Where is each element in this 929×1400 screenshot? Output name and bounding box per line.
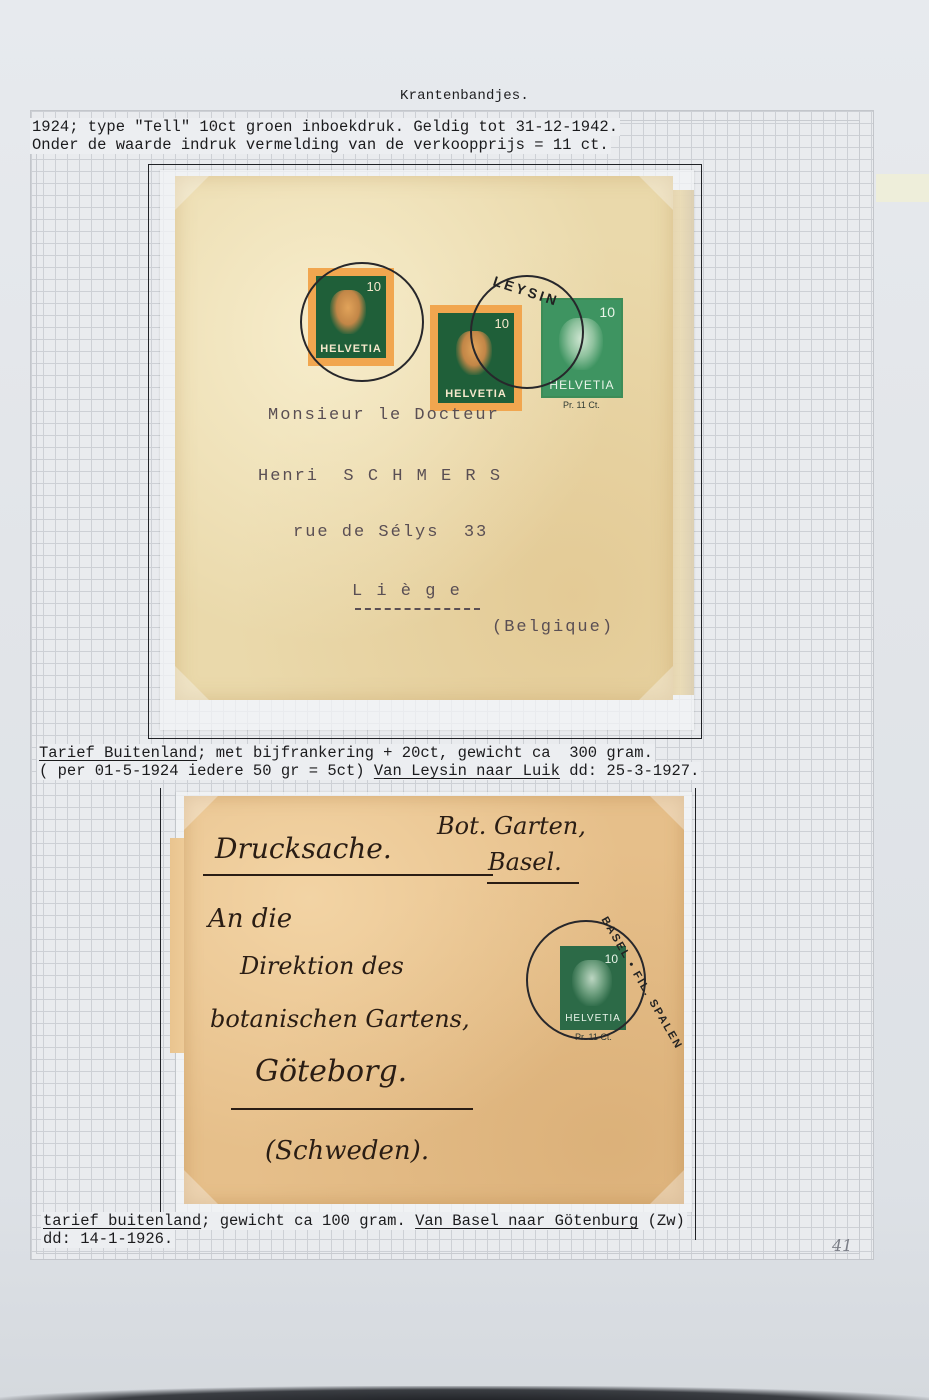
handwritten-rule [487,882,579,884]
address-line-2: Henri S C H M E R S [258,467,502,486]
sale-price-note: Pr. 11 Ct. [563,400,600,410]
handwritten-sender-1: Bot. Garten, [437,812,586,840]
intro-line-2: Onder de waarde indruk vermelding van de… [30,136,611,154]
caption-2-line-1: tarief buitenland; gewicht ca 100 gram. … [41,1212,687,1230]
caption-1-line-2: ( per 01-5-1924 iedere 50 gr = 5ct) Van … [37,762,701,780]
handwritten-address-2: Direktion des [240,952,404,980]
postmark-circle [300,262,424,382]
caption-1-line-1: Tarief Buitenland; met bijfrankering + 2… [37,744,655,762]
address-line-4: L i è g e [352,582,462,601]
handwritten-sender-2: Basel. [488,848,562,876]
handwritten-address-5: (Schweden). [265,1136,429,1166]
address-line-3: rue de Sélys 33 [293,523,488,542]
intro-line-1: 1924; type "Tell" 10ct groen inboekdruk.… [30,118,620,136]
hinge-tape [876,174,929,202]
handwritten-address-3: botanischen Gartens, [210,1005,470,1033]
page-number: 41 [832,1236,852,1255]
address-line-5: (Belgique) [492,618,614,637]
postmark-circle [526,920,646,1040]
handwritten-rule [231,1108,473,1110]
address-dashed-underline [355,608,480,610]
handwritten-address-4: Göteborg. [255,1054,407,1089]
page-title: Krantenbandjes. [0,88,929,104]
handwritten-address-1: An die [208,904,292,934]
address-line-1: Monsieur le Docteur [268,406,500,425]
handwritten-drucksache: Drucksache. [215,832,392,865]
page-edge-shadow [0,1386,929,1400]
caption-2-line-2: dd: 14-1-1926. [41,1230,175,1248]
handwritten-rule [203,874,493,876]
